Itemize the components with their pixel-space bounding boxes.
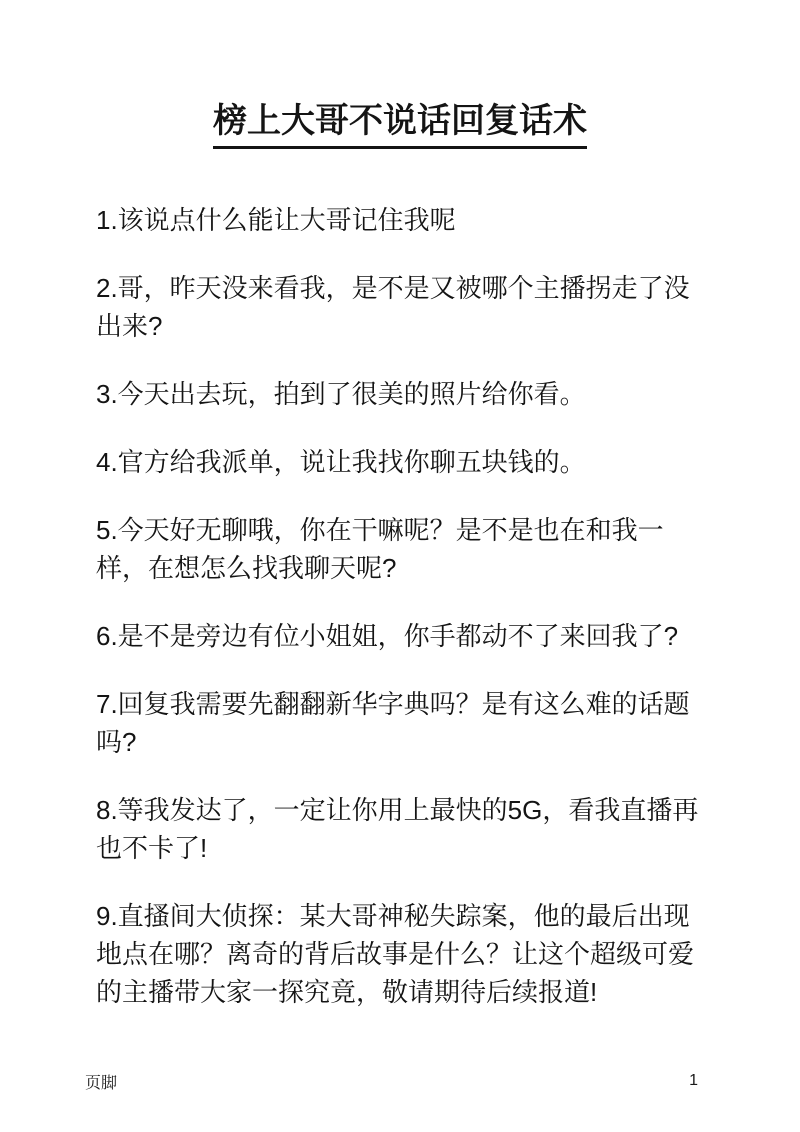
text-line: 9.直搔间大侦探：某大哥神秘失踪案，他的最后出现 — [96, 901, 690, 931]
text-line: 也不卡了! — [96, 833, 207, 863]
document-page: 榜上大哥不说话回复话术 1.该说点什么能让大哥记住我呢 2.哥，昨天没来看我，是… — [0, 0, 800, 1132]
list-item: 4.官方给我派单，说让我找你聊五块钱的。 — [96, 443, 736, 481]
text-line: 2.哥，昨天没来看我，是不是又被哪个主播拐走了没 — [96, 273, 690, 303]
text-line: 1.该说点什么能让大哥记住我呢 — [96, 205, 456, 235]
list-item: 9.直搔间大侦探：某大哥神秘失踪案，他的最后出现 地点在哪？离奇的背后故事是什么… — [96, 897, 736, 1011]
page-number: 1 — [689, 1072, 698, 1090]
text-line: 3.今天出去玩，拍到了很美的照片给你看。 — [96, 379, 586, 409]
list-item: 7.回复我需要先翻翻新华字典吗？是有这么难的话题 吗? — [96, 685, 736, 761]
list-item: 3.今天出去玩，拍到了很美的照片给你看。 — [96, 375, 736, 413]
text-line: 出来? — [96, 311, 162, 341]
document-body: 1.该说点什么能让大哥记住我呢 2.哥，昨天没来看我，是不是又被哪个主播拐走了没… — [96, 201, 736, 1011]
text-line: 4.官方给我派单，说让我找你聊五块钱的。 — [96, 447, 586, 477]
text-line: 地点在哪？离奇的背后故事是什么？让这个超级可爱 — [96, 939, 694, 969]
text-line: 样，在想怎么找我聊天呢? — [96, 553, 396, 583]
text-line: 5.今天好无聊哦，你在干嘛呢？是不是也在和我一 — [96, 515, 664, 545]
text-line: 8.等我发达了，一定让你用上最快的5G，看我直播再 — [96, 795, 698, 825]
text-line: 的主播带大家一探究竟，敬请期待后续报道! — [96, 977, 597, 1007]
text-line: 6.是不是旁边有位小姐姐，你手都动不了来回我了? — [96, 621, 678, 651]
list-item: 8.等我发达了，一定让你用上最快的5G，看我直播再 也不卡了! — [96, 791, 736, 867]
page-title-text: 榜上大哥不说话回复话术 — [213, 100, 587, 149]
list-item: 2.哥，昨天没来看我，是不是又被哪个主播拐走了没 出来? — [96, 269, 736, 345]
list-item: 6.是不是旁边有位小姐姐，你手都动不了来回我了? — [96, 617, 736, 655]
footer-label: 页脚 — [85, 1070, 117, 1093]
page-title: 榜上大哥不说话回复话术 — [0, 0, 800, 149]
text-line: 吗? — [96, 727, 136, 757]
page-footer: 页脚 1 — [0, 1070, 800, 1098]
list-item: 1.该说点什么能让大哥记住我呢 — [96, 201, 736, 239]
text-line: 7.回复我需要先翻翻新华字典吗？是有这么难的话题 — [96, 689, 690, 719]
list-item: 5.今天好无聊哦，你在干嘛呢？是不是也在和我一 样，在想怎么找我聊天呢? — [96, 511, 736, 587]
